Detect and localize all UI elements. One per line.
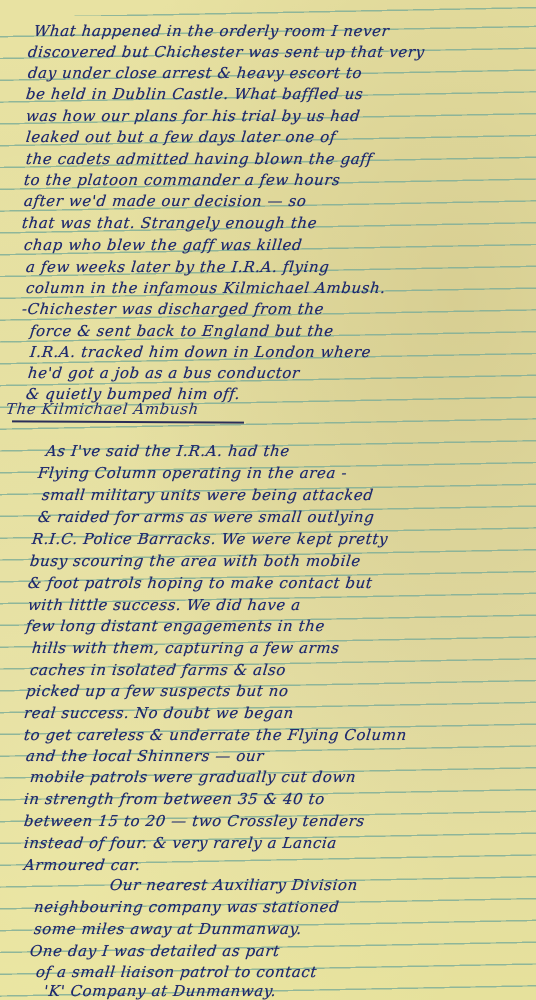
- text-line: instead of four. & very rarely a Lancia: [23, 834, 338, 852]
- text-line: One day I was detailed as part: [29, 942, 281, 960]
- text-line: and the local Shinners — our: [25, 747, 265, 765]
- text-line: R.I.C. Police Barracks. We were kept pre…: [31, 530, 389, 548]
- text-line: As I've said the I.R.A. had the: [45, 442, 291, 460]
- text-line: was how our plans for his trial by us ha…: [25, 107, 361, 125]
- text-line: busy scouring the area with both mobile: [29, 552, 362, 570]
- text-line: -Chichester was discharged from the: [21, 300, 325, 318]
- section-heading: The Kilmichael Ambush: [5, 400, 200, 418]
- text-line: & foot patrols hoping to make contact bu…: [27, 574, 373, 592]
- text-line: column in the infamous Kilmichael Ambush…: [25, 279, 387, 297]
- text-line: leaked out but a few days later one of: [25, 128, 337, 146]
- text-line: between 15 to 20 — two Crossley tenders: [23, 812, 366, 830]
- text-line: discovered but Chichester was sent up th…: [27, 43, 426, 61]
- text-line: be held in Dublin Castle. What baffled u…: [25, 85, 364, 103]
- text-line: What happened in the orderly room I neve…: [33, 22, 390, 40]
- text-line: caches in isolated farms & also: [29, 661, 287, 679]
- text-line: small military units were being attacked: [41, 486, 374, 504]
- text-line: force & sent back to England but the: [29, 322, 335, 340]
- text-line: to the platoon commander a few hours: [23, 171, 341, 189]
- text-line: day under close arrest & heavy escort to: [27, 64, 363, 82]
- text-line: a few weeks later by the I.R.A. flying: [25, 258, 330, 276]
- text-line: & raided for arms as were small outlying: [37, 508, 375, 526]
- text-line: hills with them, capturing a few arms: [31, 639, 340, 657]
- text-line: that was that. Strangely enough the: [21, 214, 318, 232]
- text-line: Flying Column operating in the area -: [37, 464, 348, 482]
- text-line: neighbouring company was stationed: [33, 898, 340, 916]
- text-line: few long distant engagements in the: [25, 617, 326, 635]
- text-line: 'K' Company at Dunmanway.: [43, 982, 277, 1000]
- text-line: real success. No doubt we began: [23, 704, 295, 722]
- text-line: to get careless & underrate the Flying C…: [23, 726, 408, 744]
- text-line: in strength from between 35 & 40 to: [23, 790, 326, 808]
- text-line: with little success. We did have a: [27, 596, 302, 614]
- text-line: after we'd made our decision — so: [23, 192, 307, 210]
- text-line: Our nearest Auxiliary Division: [109, 876, 359, 894]
- text-line: picked up a few suspects but no: [25, 682, 290, 700]
- text-line: he'd got a job as a bus conductor: [27, 364, 301, 382]
- text-line: chap who blew the gaff was killed: [23, 236, 303, 254]
- text-line: Armoured car.: [23, 856, 142, 874]
- notebook-page: What happened in the orderly room I neve…: [0, 0, 536, 1000]
- text-line: I.R.A. tracked him down in London where: [29, 343, 372, 361]
- text-line: the cadets admitted having blown the gaf…: [25, 150, 374, 168]
- text-line: of a small liaison patrol to contact: [35, 963, 318, 981]
- text-line: some miles away at Dunmanway.: [33, 920, 303, 938]
- text-line: mobile patrols were gradually cut down: [29, 768, 357, 786]
